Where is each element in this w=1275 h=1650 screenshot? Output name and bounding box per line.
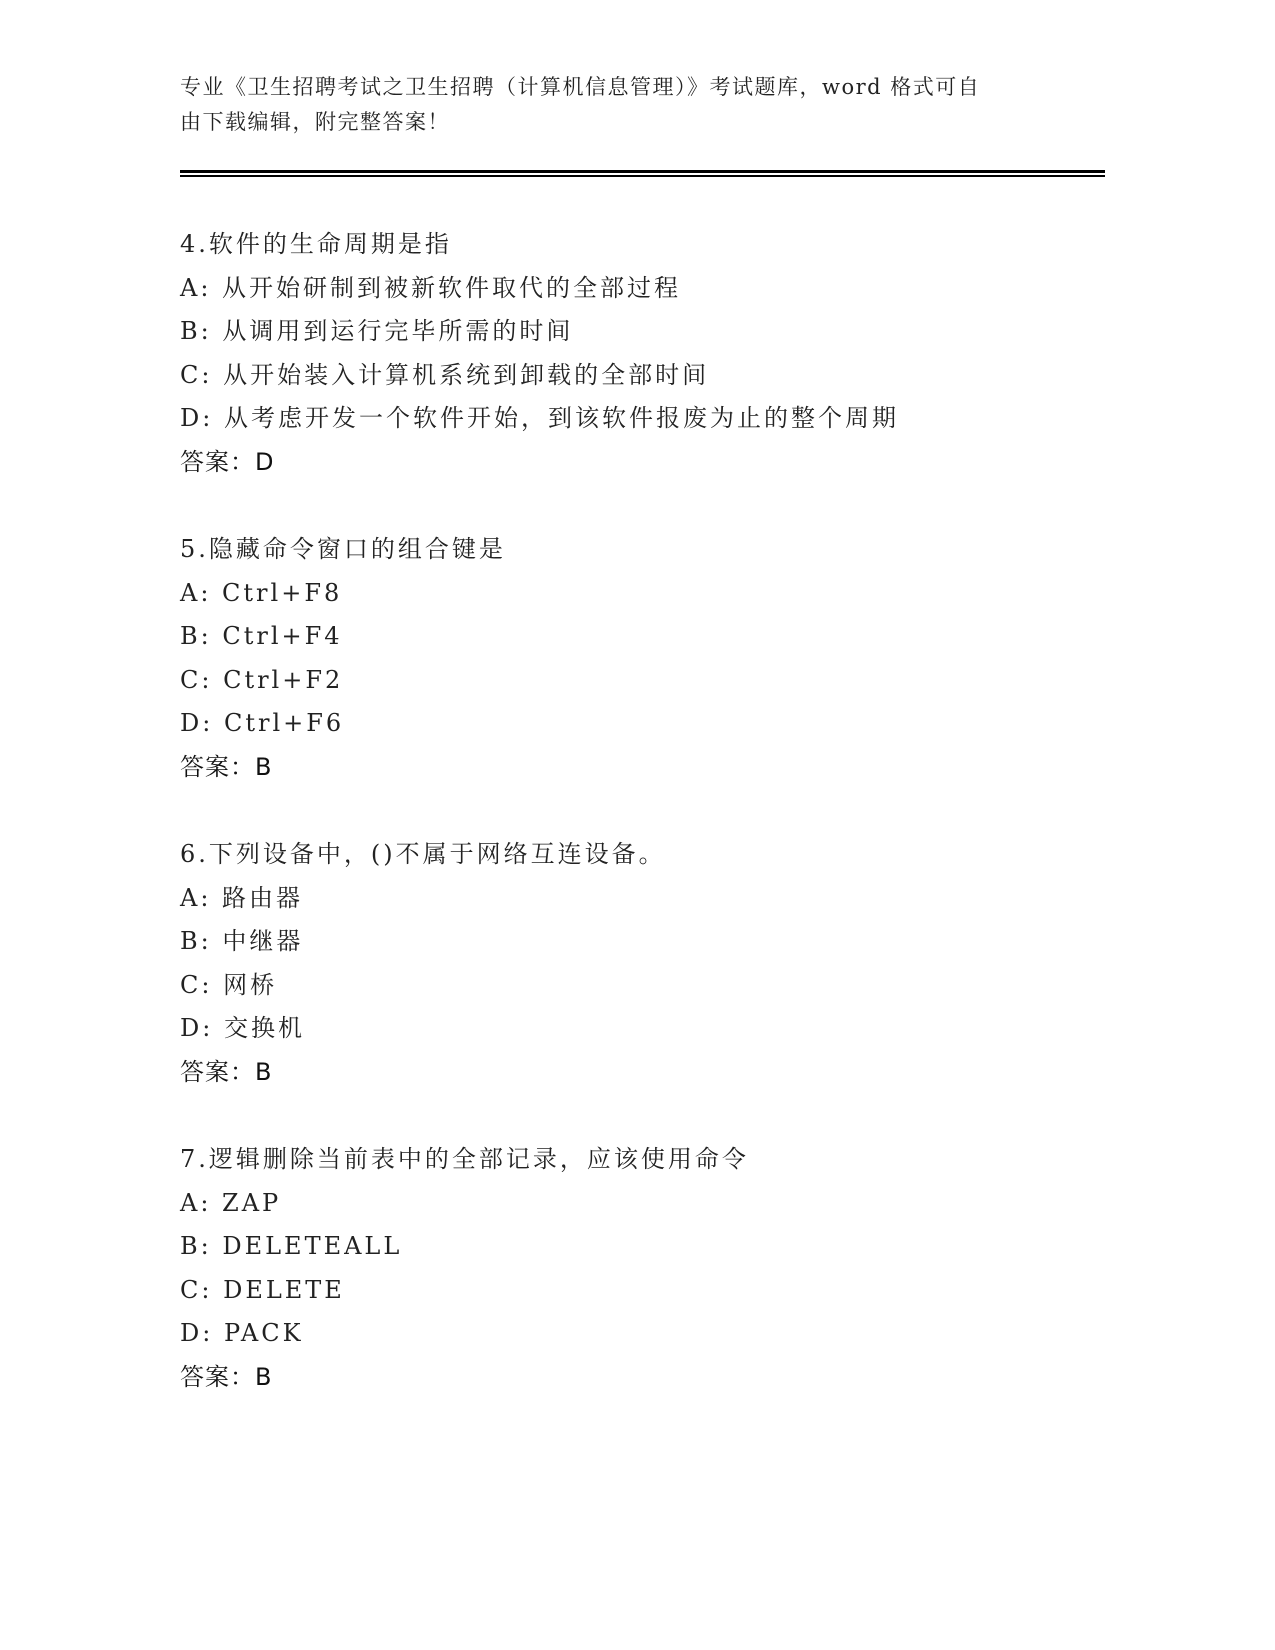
option-c: C: 网桥 xyxy=(180,964,1120,1008)
option-d: D: PACK xyxy=(180,1312,1120,1356)
question-stem: 5.隐藏命令窗口的组合键是 xyxy=(180,528,1120,572)
answer-key: 答案：D xyxy=(180,441,1120,485)
option-b: B: 中继器 xyxy=(180,920,1120,964)
option-d: D: 交换机 xyxy=(180,1007,1120,1051)
option-c: C: 从开始装入计算机系统到卸载的全部时间 xyxy=(180,354,1120,398)
option-b: B: Ctrl+F4 xyxy=(180,615,1120,659)
option-b: B: DELETEALL xyxy=(180,1225,1120,1269)
document-header: 专业《卫生招聘考试之卫生招聘（计算机信息管理）》考试题库，word 格式可自 由… xyxy=(180,70,1040,140)
question-stem: 4.软件的生命周期是指 xyxy=(180,223,1120,267)
question-stem: 6.下列设备中，()不属于网络互连设备。 xyxy=(180,833,1120,877)
question-6: 6.下列设备中，()不属于网络互连设备。 A: 路由器 B: 中继器 C: 网桥… xyxy=(180,833,1120,1094)
answer-key: 答案：B xyxy=(180,1051,1120,1095)
document-page: 专业《卫生招聘考试之卫生招聘（计算机信息管理）》考试题库，word 格式可自 由… xyxy=(0,0,1275,1650)
option-b: B: 从调用到运行完毕所需的时间 xyxy=(180,310,1120,354)
answer-key: 答案：B xyxy=(180,746,1120,790)
option-a: A: 路由器 xyxy=(180,877,1120,921)
option-a: A: Ctrl+F8 xyxy=(180,572,1120,616)
header-divider-thin xyxy=(180,175,1105,177)
question-5: 5.隐藏命令窗口的组合键是 A: Ctrl+F8 B: Ctrl+F4 C: C… xyxy=(180,528,1120,789)
option-d: D: Ctrl+F6 xyxy=(180,702,1120,746)
question-4: 4.软件的生命周期是指 A: 从开始研制到被新软件取代的全部过程 B: 从调用到… xyxy=(180,223,1120,484)
header-line-2: 由下载编辑，附完整答案！ xyxy=(180,105,1040,140)
question-stem: 7.逻辑删除当前表中的全部记录，应该使用命令 xyxy=(180,1138,1120,1182)
answer-key: 答案：B xyxy=(180,1356,1120,1400)
option-c: C: DELETE xyxy=(180,1269,1120,1313)
question-7: 7.逻辑删除当前表中的全部记录，应该使用命令 A: ZAP B: DELETEA… xyxy=(180,1138,1120,1399)
header-line-1: 专业《卫生招聘考试之卫生招聘（计算机信息管理）》考试题库，word 格式可自 xyxy=(180,70,1040,105)
header-divider-thick xyxy=(180,170,1105,173)
option-a: A: ZAP xyxy=(180,1182,1120,1226)
option-a: A: 从开始研制到被新软件取代的全部过程 xyxy=(180,267,1120,311)
option-c: C: Ctrl+F2 xyxy=(180,659,1120,703)
option-d: D: 从考虑开发一个软件开始，到该软件报废为止的整个周期 xyxy=(180,397,1120,441)
